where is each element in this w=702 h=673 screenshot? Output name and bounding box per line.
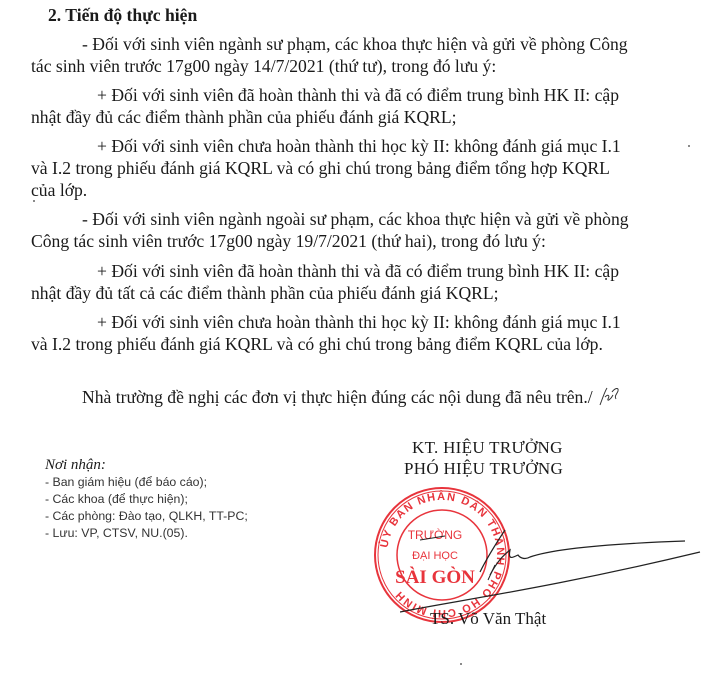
signature-title-1: KT. HIỆU TRƯỞNG (412, 437, 563, 459)
paragraph-line: - Đối với sinh viên ngành sư phạm, các k… (82, 33, 628, 55)
recipient-item: - Lưu: VP, CTSV, NU.(05). (45, 525, 188, 541)
paragraph-line: + Đối với sinh viên đã hoàn thành thi và… (97, 260, 619, 282)
closing-text: Nhà trường đề nghị các đơn vị thực hiện … (82, 387, 593, 407)
paragraph-line: của lớp. (31, 179, 87, 201)
recipient-item: - Các khoa (để thực hiện); (45, 491, 188, 507)
paragraph-line: Công tác sinh viên trước 17g00 ngày 19/7… (31, 230, 546, 252)
paragraph-line: tác sinh viên trước 17g00 ngày 14/7/2021… (31, 55, 496, 77)
section-heading: 2. Tiến độ thực hiện (48, 4, 197, 26)
scan-speck (33, 200, 35, 202)
signature-title-2: PHÓ HIỆU TRƯỞNG (404, 458, 563, 480)
closing-line: Nhà trường đề nghị các đơn vị thực hiện … (82, 385, 621, 408)
paragraph-line: nhật đầy đủ các điểm thành phần của phiế… (31, 106, 457, 128)
paragraph-line: nhật đầy đủ tất cả các điểm thành phần c… (31, 282, 499, 304)
handwritten-signature (400, 500, 702, 620)
scan-speck (688, 145, 690, 147)
paragraph-line: và I.2 trong phiếu đánh giá KQRL và có g… (31, 157, 610, 179)
paragraph-line: + Đối với sinh viên đã hoàn thành thi và… (97, 84, 619, 106)
paragraph-line: + Đối với sinh viên chưa hoàn thành thi … (97, 135, 621, 157)
signer-name: TS. Võ Văn Thật (430, 608, 546, 630)
paragraph-line: - Đối với sinh viên ngành ngoài sư phạm,… (82, 208, 629, 230)
recipients-title: Nơi nhận: (45, 454, 106, 476)
recipient-item: - Ban giám hiệu (để báo cáo); (45, 474, 207, 490)
recipient-item: - Các phòng: Đào tạo, QLKH, TT-PC; (45, 508, 248, 524)
paragraph-line: và I.2 trong phiếu đánh giá KQRL và có g… (31, 333, 603, 355)
initials-mark-icon (597, 385, 621, 407)
scan-speck (460, 663, 462, 665)
paragraph-line: + Đối với sinh viên chưa hoàn thành thi … (97, 311, 621, 333)
